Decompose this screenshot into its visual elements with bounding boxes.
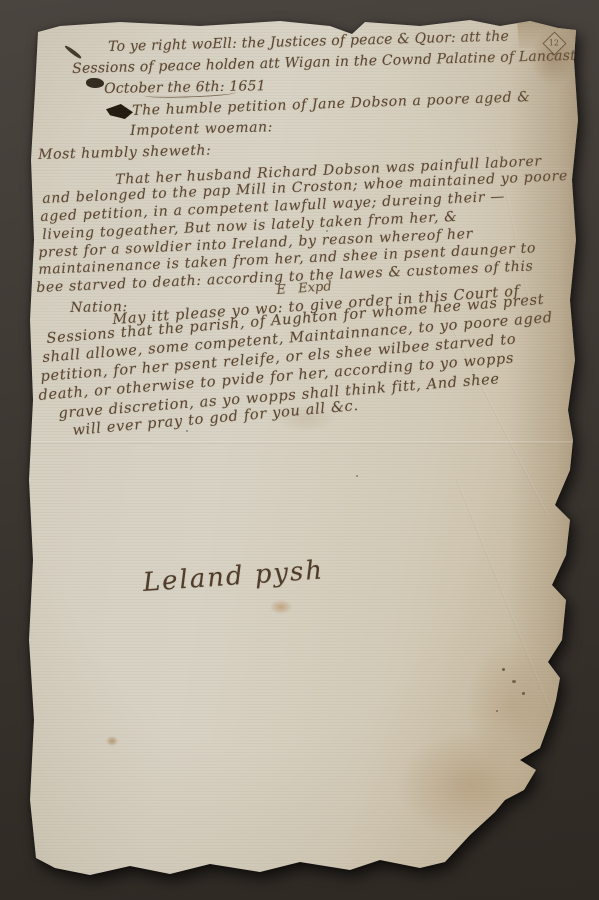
stain-docket [270,600,292,614]
triangle-ink-hole [106,104,133,119]
salutation-line: Most humbly sheweth: [38,143,212,162]
crease-horizontal-main [28,441,573,444]
pen-slash-blot [64,44,82,59]
clerk-mark: E Expd [276,280,332,297]
manuscript-page: 12 To ye right woEll: the Justices of pe… [26,20,578,880]
photo-backdrop: 12 To ye right woEll: the Justices of pe… [0,0,599,900]
stain-fox-spot [106,736,118,746]
ink-speck [502,668,505,671]
stamp-number: 12 [549,40,559,48]
ink-speck [496,710,498,712]
paper-shadow-wrap: 12 To ye right woEll: the Justices of pe… [26,20,578,880]
ink-speck [186,430,188,432]
ink-blob [86,78,104,88]
petition-title-line-2: Impotent woeman: [130,120,273,138]
right-edge-toning [508,20,578,880]
docket-note: Leland pysh [142,557,325,596]
ink-speck [356,475,358,477]
